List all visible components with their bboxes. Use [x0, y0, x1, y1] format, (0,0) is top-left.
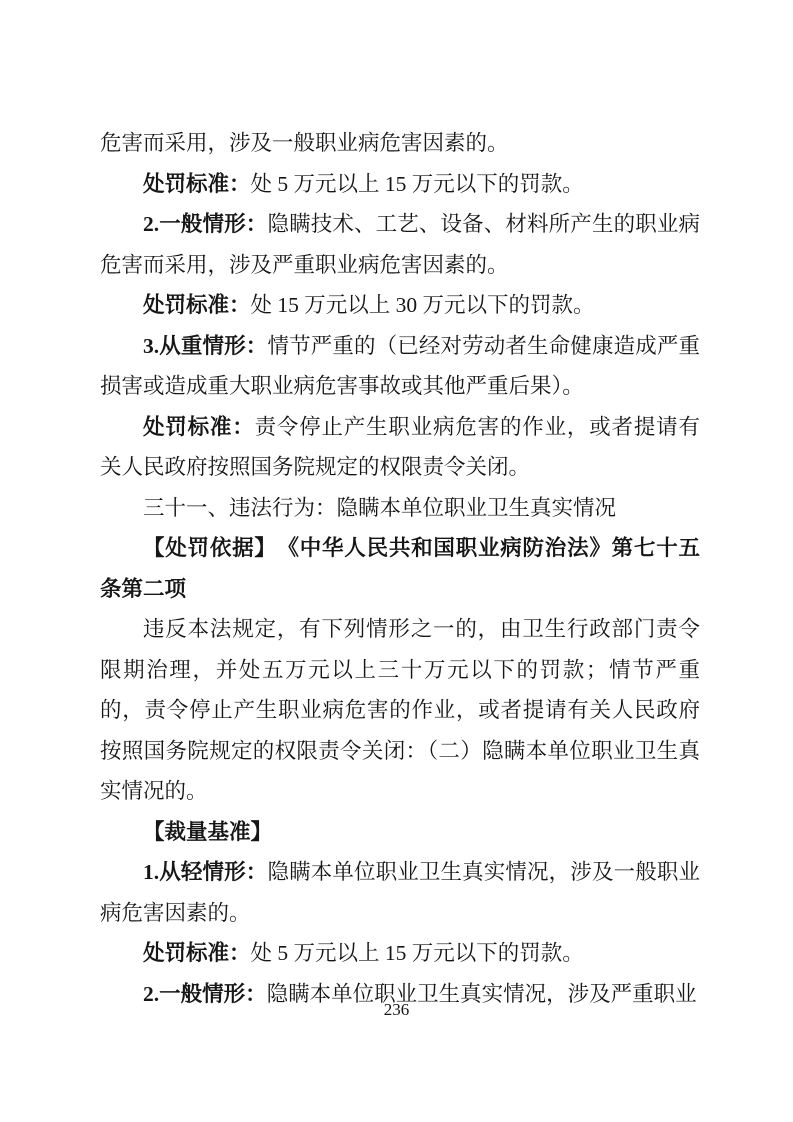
document-paragraph: 1.从轻情形：隐瞒本单位职业卫生真实情况，涉及一般职业病危害因素的。	[100, 852, 700, 933]
bold-label-run: 处罚标准：	[143, 293, 251, 317]
bold-label-run: 2.一般情形：	[143, 212, 267, 236]
document-paragraph: 危害而采用，涉及一般职业病危害因素的。	[100, 123, 700, 164]
text-run: 处 5 万元以上 15 万元以下的罚款。	[251, 941, 584, 965]
document-paragraph: 处罚标准：处 5 万元以上 15 万元以下的罚款。	[100, 933, 700, 974]
bold-label-run: 1.从轻情形：	[143, 860, 267, 884]
text-run: 危害而采用，涉及一般职业病危害因素的。	[100, 131, 509, 155]
document-paragraph: 处罚标准：处 15 万元以上 30 万元以下的罚款。	[100, 285, 700, 326]
document-page: 危害而采用，涉及一般职业病危害因素的。处罚标准：处 5 万元以上 15 万元以下…	[0, 0, 793, 1122]
bold-label-run: 3.从重情形：	[143, 334, 267, 358]
bold-label-run: 【处罚依据】 《中华人民共和国职业病防治法》第七十五条第二项	[100, 536, 700, 601]
bold-label-run: 处罚标准：	[143, 941, 251, 965]
document-body: 危害而采用，涉及一般职业病危害因素的。处罚标准：处 5 万元以上 15 万元以下…	[100, 123, 700, 1014]
document-paragraph: 处罚标准：处 5 万元以上 15 万元以下的罚款。	[100, 164, 700, 205]
document-paragraph: 3.从重情形：情节严重的（已经对劳动者生命健康造成严重损害或造成重大职业病危害事…	[100, 326, 700, 407]
document-paragraph: 2.一般情形：隐瞒技术、工艺、设备、材料所产生的职业病危害而采用，涉及严重职业病…	[100, 204, 700, 285]
text-run: 违反本法规定，有下列情形之一的，由卫生行政部门责令限期治理，并处五万元以上三十万…	[100, 617, 700, 803]
document-paragraph: 违反本法规定，有下列情形之一的，由卫生行政部门责令限期治理，并处五万元以上三十万…	[100, 609, 700, 812]
text-run: 处 15 万元以上 30 万元以下的罚款。	[251, 293, 595, 317]
document-paragraph: 【裁量基准】	[100, 812, 700, 853]
document-paragraph: 【处罚依据】 《中华人民共和国职业病防治法》第七十五条第二项	[100, 528, 700, 609]
bold-label-run: 【裁量基准】	[143, 820, 272, 844]
document-paragraph: 处罚标准：责令停止产生职业病危害的作业，或者提请有关人民政府按照国务院规定的权限…	[100, 407, 700, 488]
text-run: 处 5 万元以上 15 万元以下的罚款。	[251, 172, 584, 196]
bold-label-run: 处罚标准：	[143, 415, 255, 439]
bold-label-run: 处罚标准：	[143, 172, 251, 196]
document-paragraph: 三十一、违法行为：隐瞒本单位职业卫生真实情况	[100, 488, 700, 529]
text-run: 三十一、违法行为：隐瞒本单位职业卫生真实情况	[143, 496, 616, 520]
page-number: 236	[0, 999, 793, 1021]
